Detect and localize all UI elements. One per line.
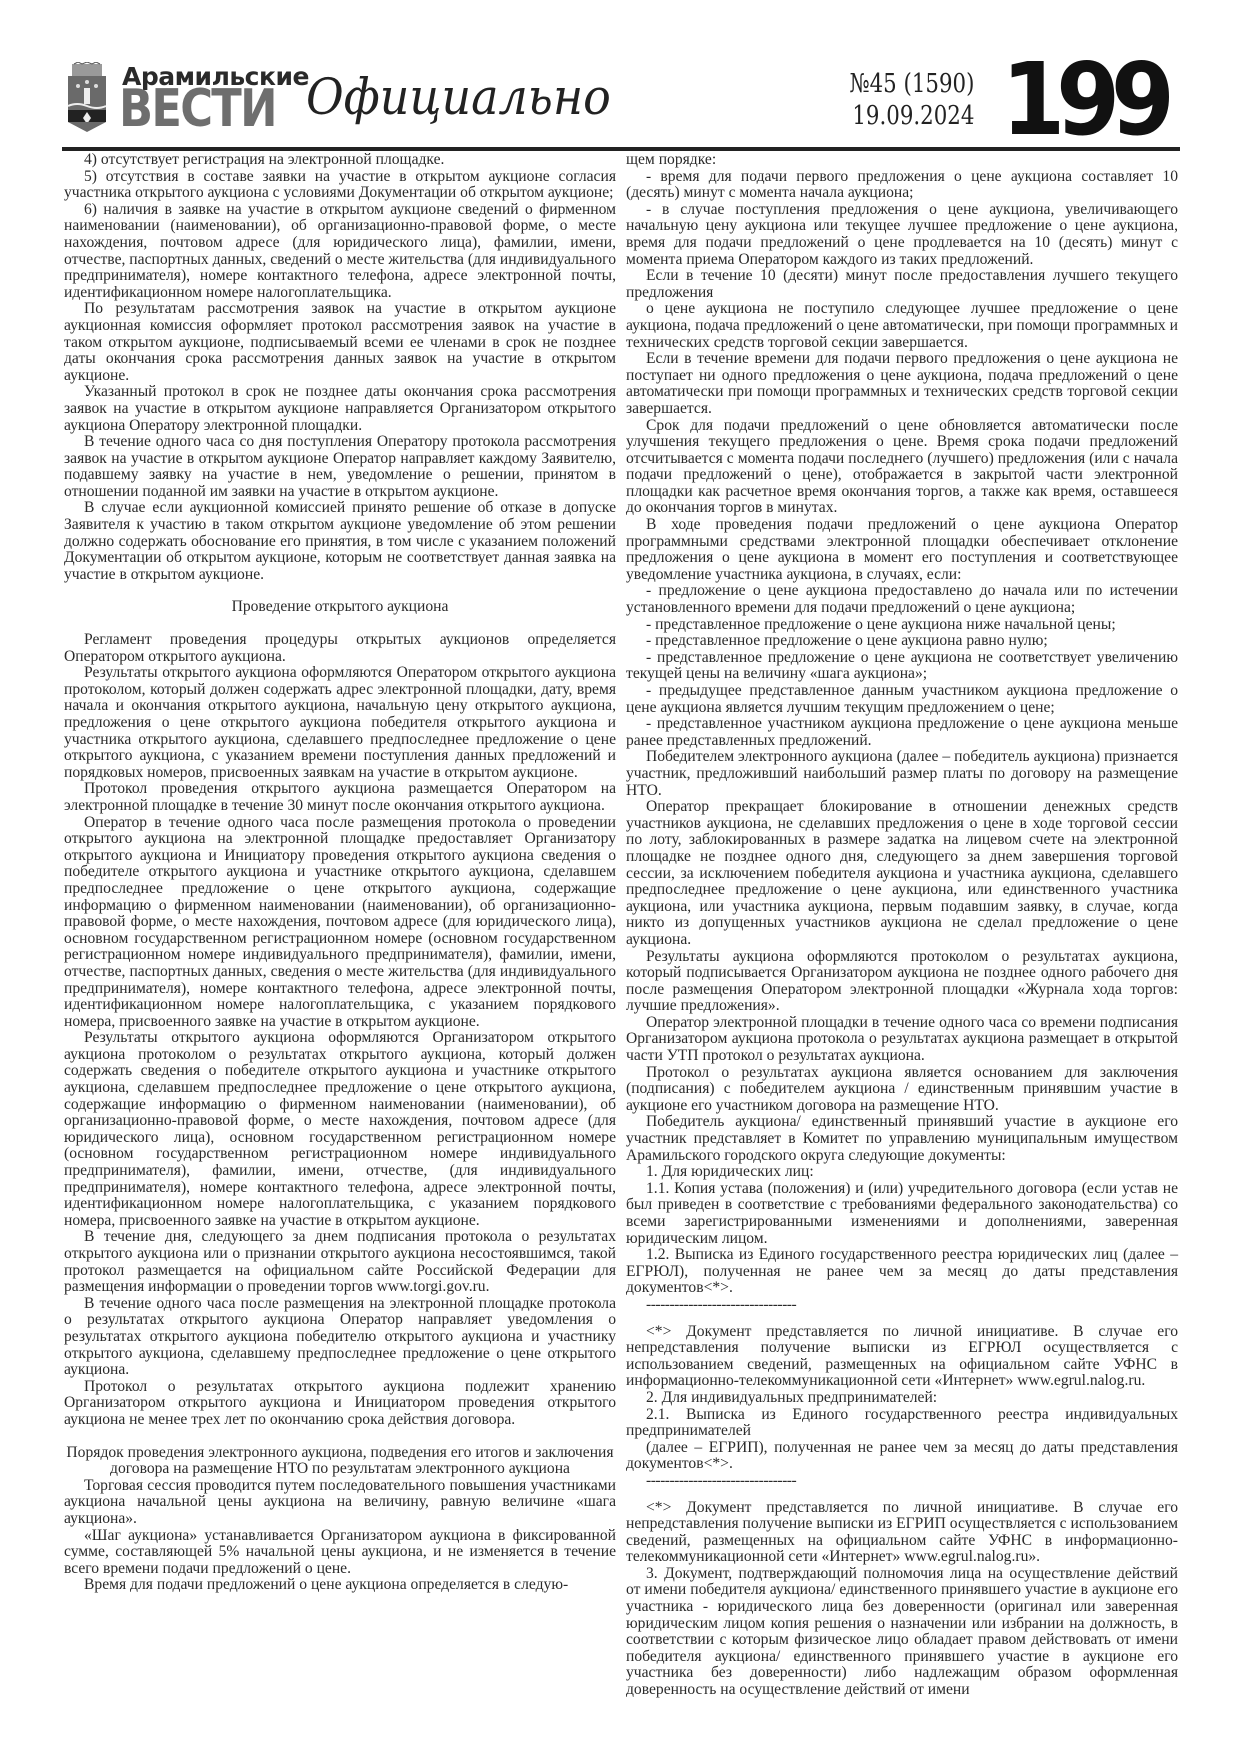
left-paragraphs-b: Регламент проведения процедуры открытых …	[64, 632, 616, 1429]
masthead: Арамильские ВЕСТИ Официально №45 (1590) …	[62, 40, 1180, 146]
paragraph: Оператор прекращает блокирование в отнош…	[626, 799, 1178, 948]
issue-number: №45 (1590)	[849, 68, 974, 100]
footnote: <*> Документ представляется по личной ин…	[626, 1324, 1178, 1390]
right-paragraphs-b: <*> Документ представляется по личной ин…	[626, 1324, 1178, 1473]
paragraph: Оператор в течение одного часа после раз…	[64, 815, 616, 1031]
paragraph: 1.1. Копия устава (положения) и (или) уч…	[626, 1181, 1178, 1247]
footnote: <*> Документ представляется по личной ин…	[626, 1500, 1178, 1566]
paragraph: 5) отсутствия в составе заявки на участи…	[64, 169, 616, 202]
paragraph: 1.2. Выписка из Единого государственного…	[626, 1247, 1178, 1297]
issue-info: №45 (1590) 19.09.2024	[849, 68, 974, 132]
paragraph: Победитель аукциона/ единственный приняв…	[626, 1114, 1178, 1164]
right-paragraphs-c: <*> Документ представляется по личной ин…	[626, 1500, 1178, 1699]
paragraph: В случае если аукционной комиссией приня…	[64, 500, 616, 583]
paragraph: В течение одного часа со дня поступления…	[64, 434, 616, 500]
paragraph: Результаты открытого аукциона оформляютс…	[64, 665, 616, 781]
list-item: - предложение о цене аукциона предоставл…	[626, 583, 1178, 616]
paragraph: Протокол о результатах открытого аукцион…	[64, 1379, 616, 1429]
paragraph: Результаты открытого аукциона оформляютс…	[64, 1030, 616, 1229]
paragraph: 1. Для юридических лиц:	[626, 1164, 1178, 1181]
paragraph: о цене аукциона не поступило следующее л…	[626, 301, 1178, 351]
paragraph: Время для подачи предложений о цене аукц…	[64, 1577, 616, 1594]
page-number: 199	[1002, 50, 1166, 150]
coat-of-arms-icon	[66, 62, 108, 132]
list-item: - представленное участником аукциона пре…	[626, 716, 1178, 749]
section-heading: Проведение открытого аукциона	[64, 599, 616, 616]
paragraph: 6) наличия в заявке на участие в открыто…	[64, 202, 616, 302]
section-title: Официально	[306, 68, 611, 126]
footnote-separator: --------------------------------	[626, 1297, 1178, 1314]
paragraph: В ходе проведения подачи предложений о ц…	[626, 517, 1178, 583]
paragraph: Результаты аукциона оформляются протокол…	[626, 949, 1178, 1015]
left-column: 4) отсутствует регистрация на электронно…	[64, 152, 616, 1594]
paragraph: Протокол проведения открытого аукциона р…	[64, 781, 616, 814]
paragraph: Если в течение времени для подачи первог…	[626, 351, 1178, 417]
right-paragraphs-a: - время для подачи первого предложения о…	[626, 169, 1178, 1297]
left-paragraphs-a: 4) отсутствует регистрация на электронно…	[64, 152, 616, 583]
footnote-separator: --------------------------------	[626, 1473, 1178, 1490]
paragraph: 4) отсутствует регистрация на электронно…	[64, 152, 616, 169]
paragraph: 2.1. Выписка из Единого государственного…	[626, 1407, 1178, 1440]
paragraph: Срок для подачи предложений о цене обнов…	[626, 418, 1178, 518]
section-heading: Порядок проведения электронного аукциона…	[64, 1445, 616, 1478]
list-item: - представленное предложение о цене аукц…	[626, 650, 1178, 683]
logo-title-bottom: ВЕСТИ	[119, 83, 276, 135]
paragraph: В течение одного часа после размещения н…	[64, 1296, 616, 1379]
paragraph: Торговая сессия проводится путем последо…	[64, 1478, 616, 1528]
list-item: - представленное предложение о цене аукц…	[626, 633, 1178, 650]
paragraph: - в случае поступления предложения о цен…	[626, 202, 1178, 268]
paragraph: Регламент проведения процедуры открытых …	[64, 632, 616, 665]
paragraph: Оператор электронной площадки в течение …	[626, 1015, 1178, 1065]
paragraph: «Шаг аукциона» устанавливается Организат…	[64, 1528, 616, 1578]
paragraph-continuation: щем порядке:	[626, 152, 1178, 169]
paragraph: 2. Для индивидуальных предпринимателей:	[626, 1390, 1178, 1407]
paragraph: Указанный протокол в срок не позднее дат…	[64, 384, 616, 434]
issue-date: 19.09.2024	[849, 100, 974, 132]
list-item: - представленное предложение о цене аукц…	[626, 617, 1178, 634]
paragraph: Победителем электронного аукциона (далее…	[626, 749, 1178, 799]
paragraph: Если в течение 10 (десяти) минут после п…	[626, 268, 1178, 301]
paragraph: По результатам рассмотрения заявок на уч…	[64, 301, 616, 384]
left-paragraphs-c: Торговая сессия проводится путем последо…	[64, 1478, 616, 1594]
paragraph: (далее – ЕГРИП), полученная не ранее чем…	[626, 1440, 1178, 1473]
paragraph: - время для подачи первого предложения о…	[626, 169, 1178, 202]
paragraph: 3. Документ, подтверждающий полномочия л…	[626, 1566, 1178, 1699]
list-item: - предыдущее представленное данным участ…	[626, 683, 1178, 716]
right-column: щем порядке: - время для подачи первого …	[626, 152, 1178, 1699]
paragraph: Протокол о результатах аукциона является…	[626, 1065, 1178, 1115]
paragraph: В течение дня, следующего за днем подпис…	[64, 1229, 616, 1295]
